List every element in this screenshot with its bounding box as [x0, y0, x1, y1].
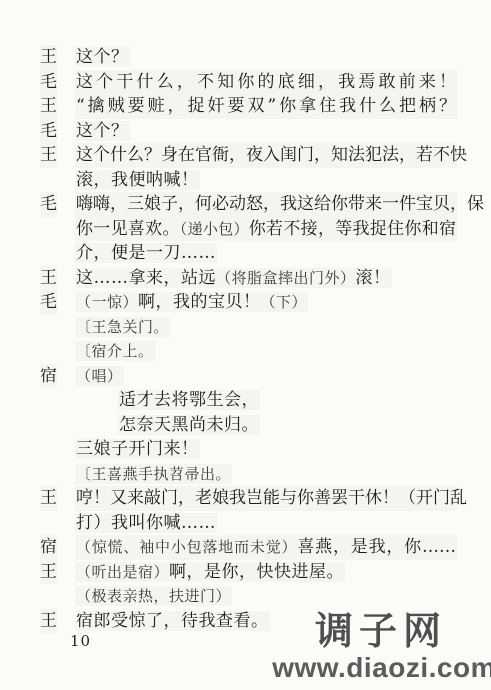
line-text: 这个干什么，不知你的底细，我焉敢前来！ — [75, 70, 457, 95]
speaker-label: 王 — [40, 94, 57, 119]
script-line: 〔王喜燕手执苕帚出。 — [0, 462, 491, 487]
line-text: 这个什么？身在官衙，夜入闺门，知法犯法，若不快 — [75, 143, 457, 168]
script-line: 毛 嗨嗨，三娘子，何必动怒，我这给你带来一件宝贝，保 — [0, 192, 491, 217]
script-line: （极表亲热，扶进门） — [0, 584, 491, 609]
speaker-label: 宿 — [40, 535, 57, 560]
line-text: 这个？ — [75, 47, 130, 67]
script-line: 王 这……拿来，站远（将脂盒摔出门外）滚！ — [0, 266, 491, 291]
line-text: 怎奈天黑尚未归。 — [118, 415, 260, 435]
speaker-label: 王 — [40, 45, 57, 70]
script-line: 王 宿郎受惊了，待我查看。 — [0, 609, 491, 634]
line-text: （惊慌、袖中小包落地而未觉）喜燕，是我，你…… — [75, 535, 457, 560]
line-text: 三娘子开门来！ — [75, 439, 200, 459]
speaker-label: 王 — [40, 486, 57, 511]
page-number: 10 — [70, 632, 91, 650]
watermark-site-url: www.diaozi.com — [272, 653, 491, 682]
line-text: 打）我叫你喊…… — [75, 513, 217, 533]
speaker-label: 王 — [40, 266, 57, 291]
speaker-label: 毛 — [40, 290, 57, 315]
book-page: 王 这个？ 毛 这个干什么，不知你的底细，我焉敢前来！ 王 “擒贼要赃，捉奸要双… — [0, 0, 491, 690]
line-text: （唱） — [75, 366, 124, 386]
script-line: 毛 这个干什么，不知你的底细，我焉敢前来！ — [0, 70, 491, 95]
line-text: 这个？ — [75, 121, 130, 141]
speaker-label: 毛 — [40, 70, 57, 95]
line-text: “擒贼要赃，捉奸要双”你拿住我什么把柄？ — [75, 94, 457, 119]
script-line: 〔宿介上。 — [0, 339, 491, 364]
line-text: 滚，我便呐喊！ — [75, 170, 200, 190]
script-line: 王 “擒贼要赃，捉奸要双”你拿住我什么把柄？ — [0, 94, 491, 119]
script-line: 〔王急关门。 — [0, 315, 491, 340]
speaker-label: 毛 — [40, 119, 57, 144]
script-line: 毛 这个？ — [0, 119, 491, 144]
script-line: 毛 （一惊）啊，我的宝贝！（下） — [0, 290, 491, 315]
script-line: 怎奈天黑尚未归。 — [0, 413, 491, 438]
line-text: （听出是宿）啊，是你，快快进屋。 — [75, 562, 345, 582]
script-line: 你一见喜欢。（递小包）你若不接，等我捉住你和宿 — [0, 217, 491, 242]
line-text: （一惊）啊，我的宝贝！（下） — [75, 292, 308, 312]
script-line: 适才去将鄂生会， — [0, 388, 491, 413]
line-text: 〔王急关门。 — [75, 317, 170, 337]
script-line: 介，便是一刀…… — [0, 241, 491, 266]
line-text: 你一见喜欢。（递小包）你若不接，等我捉住你和宿 — [75, 217, 457, 242]
line-text: 〔王喜燕手执苕帚出。 — [75, 464, 232, 484]
script-line: 三娘子开门来！ — [0, 437, 491, 462]
line-text: 这……拿来，站远（将脂盒摔出门外）滚！ — [75, 268, 392, 288]
script-line: 王 这个？ — [0, 45, 491, 70]
line-text: （极表亲热，扶进门） — [75, 586, 232, 606]
script-line: 宿 （唱） — [0, 364, 491, 389]
script-body: 王 这个？ 毛 这个干什么，不知你的底细，我焉敢前来！ 王 “擒贼要赃，捉奸要双… — [0, 45, 491, 633]
line-text: 哼！又来敲门，老娘我岂能与你善罢干休！（开门乱 — [75, 486, 457, 511]
script-line: 王 这个什么？身在官衙，夜入闺门，知法犯法，若不快 — [0, 143, 491, 168]
line-text: 嗨嗨，三娘子，何必动怒，我这给你带来一件宝贝，保 — [75, 192, 457, 217]
line-text: 适才去将鄂生会， — [118, 390, 260, 410]
speaker-label: 王 — [40, 609, 57, 634]
line-text: 〔宿介上。 — [75, 341, 155, 361]
speaker-label: 毛 — [40, 192, 57, 217]
script-line: 打）我叫你喊…… — [0, 511, 491, 536]
line-text: 宿郎受惊了，待我查看。 — [75, 611, 270, 631]
speaker-label: 王 — [40, 143, 57, 168]
script-line: 王 哼！又来敲门，老娘我岂能与你善罢干休！（开门乱 — [0, 486, 491, 511]
speaker-label: 王 — [40, 560, 57, 585]
line-text: 介，便是一刀…… — [75, 243, 217, 263]
script-line: 王 （听出是宿）啊，是你，快快进屋。 — [0, 560, 491, 585]
script-line: 滚，我便呐喊！ — [0, 168, 491, 193]
speaker-label: 宿 — [40, 364, 57, 389]
script-line: 宿 （惊慌、袖中小包落地而未觉）喜燕，是我，你…… — [0, 535, 491, 560]
